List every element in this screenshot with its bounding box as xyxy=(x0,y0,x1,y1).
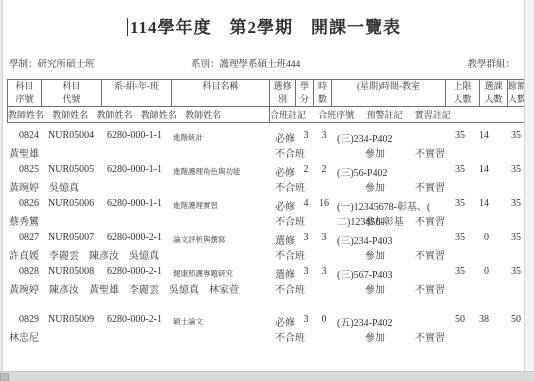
internship-note: 不實習 xyxy=(415,281,445,296)
course-row: 0825 NUR05005 6280-000-1-1 進階護理角色與功能 必修 … xyxy=(3,164,525,196)
col-notes: 合班註記 合班序號 預警註記 實習註記 xyxy=(270,107,526,123)
subject-code: NUR05005 xyxy=(48,164,94,175)
schedule-room: (五)234-P402 xyxy=(337,314,393,329)
warning-note: 參加 xyxy=(365,213,385,228)
page-title-row: 114學年度 第2學期 開課一覽表 xyxy=(3,13,525,38)
max-capacity: 50 xyxy=(439,314,465,325)
coclass-note: 不合班 xyxy=(275,213,305,228)
course-row: 0824 NUR05004 6280-000-1-1 進階統計 必修 3 3 (… xyxy=(3,130,525,162)
schedule-room: (三)56-P402 xyxy=(337,164,388,179)
internship-note: 不實習 xyxy=(415,145,445,160)
col-max: 上限 人數 xyxy=(446,80,480,107)
department-label: 系別：護理學系碩士班444 xyxy=(191,56,300,70)
internship-note: 不實習 xyxy=(415,179,445,194)
page-title: 114學年度 第2學期 開課一覽表 xyxy=(130,18,401,37)
horizontal-scrollbar-thumb[interactable] xyxy=(0,373,9,381)
subject-code: NUR05007 xyxy=(48,232,94,243)
col-schedule: (星期)時間-教室 xyxy=(332,80,446,107)
col-elective-type: 選修 別 xyxy=(270,80,296,107)
text-cursor xyxy=(127,18,128,36)
course-table-header: 科目 序號 科目 代號 系-組-年-班 科目名稱 選修 別 學 分 xyxy=(7,79,526,123)
subject-code: NUR05004 xyxy=(48,130,94,141)
hours-value: 2 xyxy=(315,164,333,175)
max-capacity: 35 xyxy=(439,232,465,243)
schedule-room: (三)234-P402 xyxy=(337,130,393,145)
enrolled-count: 38 xyxy=(465,314,489,325)
report-viewer: 114學年度 第2學期 開課一覽表 學制：研究所碩士班 系別：護理學系碩士班44… xyxy=(0,0,534,381)
class-code: 6280-000-2-1 xyxy=(107,266,162,277)
remaining-count: 35 xyxy=(495,198,521,209)
vertical-scrollbar[interactable] xyxy=(524,0,534,371)
coclass-note: 不合班 xyxy=(275,247,305,262)
course-row: 0827 NUR05007 6280-000-2-1 論文評析與撰寫 選修 3 … xyxy=(3,232,525,264)
credits-value: 3 xyxy=(297,314,315,325)
elective-type: 必修 xyxy=(275,198,295,213)
col-subject-seq: 科目 序號 xyxy=(8,80,42,107)
remaining-count: 35 xyxy=(495,232,521,243)
teacher-names: 蔡秀鸞 xyxy=(9,213,39,228)
enrolled-count: 0 xyxy=(465,232,489,243)
warning-note: 參加 xyxy=(365,179,385,194)
teacher-names: 許貞媛 李麗雲 陳彥汝 吳憶真 xyxy=(9,247,159,262)
col-enrolled: 選課 人數 xyxy=(480,80,508,107)
subject-name: 論文評析與撰寫 xyxy=(173,234,226,245)
subject-seq: 0825 xyxy=(19,164,39,175)
remaining-count: 35 xyxy=(495,164,521,175)
internship-note: 不實習 xyxy=(415,247,445,262)
subject-seq: 0829 xyxy=(19,314,39,325)
max-capacity: 35 xyxy=(439,164,465,175)
hours-value: 3 xyxy=(315,266,333,277)
header-row-2: 教師姓名 教師姓名 教師姓名 教師姓名 教師姓名 合班註記 合班序號 預警註記 … xyxy=(8,107,526,123)
subject-name: 健康照護專題研究 xyxy=(173,268,233,279)
course-row: 0826 NUR05006 6280-000-1-1 進階護理實習 必修 4 1… xyxy=(3,198,525,230)
hours-value: 3 xyxy=(315,232,333,243)
coclass-note: 不合班 xyxy=(275,281,305,296)
warning-note: 參加 xyxy=(365,281,385,296)
credits-value: 2 xyxy=(297,164,315,175)
col-remaining: 餘額 人數 xyxy=(508,80,526,107)
teacher-names: 黃琬婷 陳彥汝 黃聖雄 李麗雲 吳憶真 林家萱 xyxy=(9,281,239,296)
elective-type: 必修 xyxy=(275,164,295,179)
col-teacher-names: 教師姓名 教師姓名 教師姓名 教師姓名 教師姓名 xyxy=(8,107,270,123)
credits-value: 4 xyxy=(297,198,315,209)
max-capacity: 35 xyxy=(439,266,465,277)
col-subject-name: 科目名稱 xyxy=(172,80,270,107)
remaining-count: 35 xyxy=(495,130,521,141)
subject-seq: 0827 xyxy=(19,232,39,243)
col-class: 系-組-年-班 xyxy=(102,80,172,107)
col-hours: 時 數 xyxy=(314,80,332,107)
elective-type: 選修 xyxy=(275,232,295,247)
hours-value: 3 xyxy=(315,130,333,141)
teacher-names: 黃琬婷 吳憶真 xyxy=(9,179,79,194)
class-code: 6280-000-2-1 xyxy=(107,232,162,243)
course-row: 0829 NUR05009 6280-000-2-1 碩士論文 必修 3 0 (… xyxy=(3,314,525,346)
class-code: 6280-000-1-1 xyxy=(107,198,162,209)
elective-type: 選修 xyxy=(275,266,295,281)
credits-value: 3 xyxy=(297,232,315,243)
class-code: 6280-000-1-1 xyxy=(107,164,162,175)
report-page: 114學年度 第2學期 開課一覽表 學制：研究所碩士班 系別：護理學系碩士班44… xyxy=(2,0,524,371)
schedule-room: (三)567-P403 xyxy=(337,266,393,281)
teaching-group-label: 教學群組： xyxy=(467,56,515,70)
enrolled-count: 14 xyxy=(465,130,489,141)
col-credits: 學 分 xyxy=(296,80,314,107)
subject-name: 進階護理角色與功能 xyxy=(173,166,241,177)
warning-note: 參加 xyxy=(365,329,385,344)
max-capacity: 35 xyxy=(439,198,465,209)
warning-note: 參加 xyxy=(365,145,385,160)
internship-note: 不實習 xyxy=(415,213,445,228)
col-subject-code: 科目 代號 xyxy=(42,80,102,107)
class-code: 6280-000-1-1 xyxy=(107,130,162,141)
warning-note: 參加 xyxy=(365,247,385,262)
header-row-1: 科目 序號 科目 代號 系-組-年-班 科目名稱 選修 別 學 分 xyxy=(8,80,526,107)
coclass-note: 不合班 xyxy=(275,329,305,344)
internship-note: 不實習 xyxy=(415,329,445,344)
max-capacity: 35 xyxy=(439,130,465,141)
course-row: 0828 NUR05008 6280-000-2-1 健康照護專題研究 選修 3… xyxy=(3,266,525,298)
horizontal-scrollbar[interactable] xyxy=(0,371,534,381)
subject-name: 進階護理實習 xyxy=(173,200,218,211)
teacher-names: 黃聖雄 xyxy=(9,145,39,160)
hours-value: 16 xyxy=(315,198,333,209)
teacher-names: 林忠尼 xyxy=(9,329,39,344)
subject-seq: 0828 xyxy=(19,266,39,277)
subject-code: NUR05008 xyxy=(48,266,94,277)
schedule-room: (三)234-P403 xyxy=(337,232,393,247)
subject-seq: 0824 xyxy=(19,130,39,141)
remaining-count: 50 xyxy=(495,314,521,325)
elective-type: 必修 xyxy=(275,314,295,329)
coclass-note: 不合班 xyxy=(275,145,305,160)
enrolled-count: 0 xyxy=(465,266,489,277)
credits-value: 3 xyxy=(297,266,315,277)
degree-label: 學制：研究所碩士班 xyxy=(9,56,95,70)
coclass-note: 不合班 xyxy=(275,179,305,194)
subject-code: NUR05009 xyxy=(48,314,94,325)
credits-value: 3 xyxy=(297,130,315,141)
schedule-room: (一)12345678-彰基、( xyxy=(337,198,430,213)
subject-name: 碩士論文 xyxy=(173,316,203,327)
subject-code: NUR05006 xyxy=(48,198,94,209)
enrolled-count: 14 xyxy=(465,164,489,175)
elective-type: 必修 xyxy=(275,130,295,145)
hours-value: 0 xyxy=(315,314,333,325)
remaining-count: 35 xyxy=(495,266,521,277)
class-code: 6280-000-2-1 xyxy=(107,314,162,325)
subject-seq: 0826 xyxy=(19,198,39,209)
enrolled-count: 14 xyxy=(465,198,489,209)
subject-name: 進階統計 xyxy=(173,132,203,143)
